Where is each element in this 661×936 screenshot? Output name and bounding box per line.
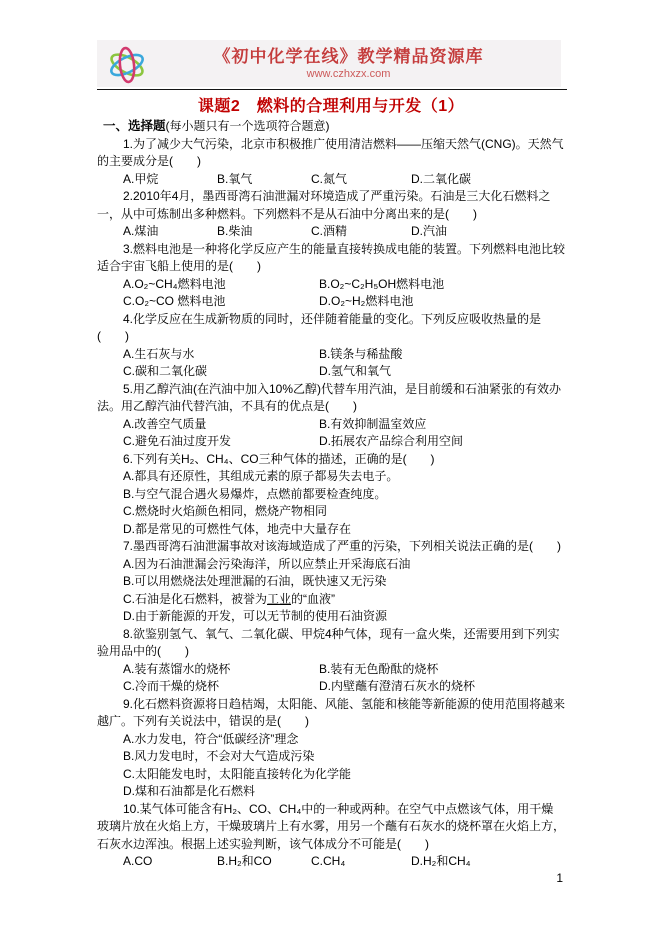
option-b: B.氧气 [217, 171, 311, 189]
option-a: A.甲烷 [123, 171, 217, 189]
site-title: 《初中化学在线》教学精品资源库 [150, 47, 547, 67]
question-3-stem: 3.燃料电池是一种将化学反应产生的能量直接转换成电能的装置。下列燃料电池比较适合… [97, 241, 565, 276]
question-8-stem: 8.欲鉴别氢气、氧气、二氧化碳、甲烷4种气体，现有一盒火柴，还需要用到下列实验用… [97, 626, 565, 661]
question-10-options: A.CO B.H₂和CO C.CH₄ D.H₂和CH₄ [97, 853, 565, 871]
option-c: C.冷而干燥的烧杯 [123, 678, 319, 696]
site-header: 《初中化学在线》教学精品资源库 www.czhxzx.com [97, 40, 561, 87]
question-9-stem: 9.化石燃料资源将日趋桔竭，太阳能、风能、氢能和核能等新能源的使用范围将越来越广… [97, 696, 565, 731]
option-a: A.生石灰与水 [123, 346, 319, 364]
option-c: C.燃烧时火焰颜色相同，燃烧产物相同 [123, 503, 565, 521]
question-2-stem: 2.2010年4月，墨西哥湾石油泄漏对环境造成了严重污染。石油是三大化石燃料之一… [97, 188, 565, 223]
question-4-stem: 4.化学反应在生成新物质的同时，还伴随着能量的变化。下列反应吸收热量的是( ) [97, 311, 565, 346]
question-7-options: A.因为石油泄漏会污染海洋，所以应禁止开采海底石油 B.可以用燃烧法处理泄漏的石… [97, 556, 565, 626]
option-d: D.H₂和CH₄ [411, 853, 565, 871]
option-d: D.由于新能源的开发，可以无节制的使用石油资源 [123, 608, 565, 626]
option-c: C.避免石油过度开发 [123, 433, 319, 451]
option-c-post: 的“血液” [291, 592, 335, 606]
question-1: 1.为了减少大气污染，北京市积极推广使用清洁燃料——压缩天然气(CNG)。天然气… [97, 136, 565, 189]
page-number: 1 [556, 871, 563, 885]
section-heading: 一、选择题(每小题只有一个选项符合题意) [97, 118, 565, 136]
header-divider [97, 89, 567, 90]
page-content: 《初中化学在线》教学精品资源库 www.czhxzx.com 课题2 燃料的合理… [97, 40, 565, 871]
page-title: 课题2 燃料的合理利用与开发（1） [97, 93, 565, 116]
question-10: 10.某气体可能含有H₂、CO、CH₄中的一种或两种。在空气中点燃该气体，用干燥… [97, 801, 565, 871]
option-b: B.H₂和CO [217, 853, 311, 871]
question-7-stem: 7.墨西哥湾石油泄漏事故对该海域造成了严重的污染，下列相关说法正确的是( ) [97, 538, 565, 556]
option-b: B.与空气混合遇火易爆炸，点燃前都要检查纯度。 [123, 486, 565, 504]
option-b: B.柴油 [217, 223, 311, 241]
option-d: D.都是常见的可燃性气体，地壳中大量存在 [123, 521, 565, 539]
question-3: 3.燃料电池是一种将化学反应产生的能量直接转换成电能的装置。下列燃料电池比较适合… [97, 241, 565, 311]
option-a: A.煤油 [123, 223, 217, 241]
question-2-options: A.煤油 B.柴油 C.酒精 D.汽油 [97, 223, 565, 241]
question-2: 2.2010年4月，墨西哥湾石油泄漏对环境造成了严重污染。石油是三大化石燃料之一… [97, 188, 565, 241]
option-c: C.CH₄ [311, 853, 411, 871]
question-5-options: A.改善空气质量 B.有效抑制温室效应 C.避免石油过度开发 D.拓展农产品综合… [97, 416, 565, 451]
option-a: A.CO [123, 853, 217, 871]
option-c-underlined-word: 工业 [267, 592, 291, 606]
option-d: D.O₂~H₂燃料电池 [319, 293, 565, 311]
option-b: B.有效抑制温室效应 [319, 416, 565, 434]
question-1-options: A.甲烷 B.氧气 C.氮气 D.二氧化碳 [97, 171, 565, 189]
question-9: 9.化石燃料资源将日趋桔竭，太阳能、风能、氢能和核能等新能源的使用范围将越来越广… [97, 696, 565, 801]
option-a: A.改善空气质量 [123, 416, 319, 434]
question-4-options: A.生石灰与水 B.镁条与稀盐酸 C.碳和二氧化碳 D.氢气和氧气 [97, 346, 565, 381]
option-a: A.水力发电，符合“低碳经济”理念 [123, 731, 565, 749]
question-1-stem: 1.为了减少大气污染，北京市积极推广使用清洁燃料——压缩天然气(CNG)。天然气… [97, 136, 565, 171]
option-b: B.风力发电时，不会对大气造成污染 [123, 748, 565, 766]
option-a: A.因为石油泄漏会污染海洋，所以应禁止开采海底石油 [123, 556, 565, 574]
question-4: 4.化学反应在生成新物质的同时，还伴随着能量的变化。下列反应吸收热量的是( ) … [97, 311, 565, 381]
option-d: D.氢气和氧气 [319, 363, 565, 381]
atom-swirl-logo-icon [104, 41, 150, 87]
option-c: C.碳和二氧化碳 [123, 363, 319, 381]
question-9-options: A.水力发电，符合“低碳经济”理念 B.风力发电时，不会对大气造成污染 C.太阳… [97, 731, 565, 801]
question-6-stem: 6.下列有关H₂、CH₄、CO三种气体的描述，正确的是( ) [97, 451, 565, 469]
option-b: B.镁条与稀盐酸 [319, 346, 565, 364]
site-url: www.czhxzx.com [150, 68, 547, 81]
option-d: D.拓展农产品综合利用空间 [319, 433, 565, 451]
option-d: D.煤和石油都是化石燃料 [123, 783, 565, 801]
option-b: B.O₂~C₂H₅OH燃料电池 [319, 276, 565, 294]
question-list: 一、选择题(每小题只有一个选项符合题意) 1.为了减少大气污染，北京市积极推广使… [97, 118, 565, 871]
option-c: C.酒精 [311, 223, 411, 241]
option-d: D.汽油 [411, 223, 565, 241]
section-heading-label: 一、选择题 [103, 119, 166, 133]
option-c: C.太阳能发电时，太阳能直接转化为化学能 [123, 766, 565, 784]
option-c-pre: C.石油是化石燃料，被誉为 [123, 592, 267, 606]
option-a: A.都具有还原性，其组成元素的原子都易失去电子。 [123, 468, 565, 486]
question-10-stem: 10.某气体可能含有H₂、CO、CH₄中的一种或两种。在空气中点燃该气体，用干燥… [97, 801, 565, 854]
option-c: C.石油是化石燃料，被誉为工业的“血液” [123, 591, 565, 609]
option-d: D.二氧化碳 [411, 171, 565, 189]
question-8: 8.欲鉴别氢气、氧气、二氧化碳、甲烷4种气体，现有一盒火柴，还需要用到下列实验用… [97, 626, 565, 696]
option-a: A.装有蒸馏水的烧杯 [123, 661, 319, 679]
question-5-stem: 5.用乙醇汽油(在汽油中加入10%乙醇)代替车用汽油，是目前缓和石油紧张的有效办… [97, 381, 565, 416]
option-d: D.内壁蘸有澄清石灰水的烧杯 [319, 678, 565, 696]
question-5: 5.用乙醇汽油(在汽油中加入10%乙醇)代替车用汽油，是目前缓和石油紧张的有效办… [97, 381, 565, 451]
option-c: C.O₂~CO 燃料电池 [123, 293, 319, 311]
option-b: B.可以用燃烧法处理泄漏的石油，既快速又无污染 [123, 573, 565, 591]
question-6: 6.下列有关H₂、CH₄、CO三种气体的描述，正确的是( ) A.都具有还原性，… [97, 451, 565, 539]
option-a: A.O₂~CH₄燃料电池 [123, 276, 319, 294]
question-3-options: A.O₂~CH₄燃料电池 B.O₂~C₂H₅OH燃料电池 C.O₂~CO 燃料电… [97, 276, 565, 311]
header-text-block: 《初中化学在线》教学精品资源库 www.czhxzx.com [150, 47, 561, 81]
question-8-options: A.装有蒸馏水的烧杯 B.装有无色酚酞的烧杯 C.冷而干燥的烧杯 D.内壁蘸有澄… [97, 661, 565, 696]
option-c: C.氮气 [311, 171, 411, 189]
question-6-options: A.都具有还原性，其组成元素的原子都易失去电子。 B.与空气混合遇火易爆炸，点燃… [97, 468, 565, 538]
document-page: 《初中化学在线》教学精品资源库 www.czhxzx.com 课题2 燃料的合理… [0, 0, 661, 936]
section-heading-note: (每小题只有一个选项符合题意) [166, 119, 330, 133]
question-7: 7.墨西哥湾石油泄漏事故对该海域造成了严重的污染，下列相关说法正确的是( ) A… [97, 538, 565, 626]
option-b: B.装有无色酚酞的烧杯 [319, 661, 565, 679]
